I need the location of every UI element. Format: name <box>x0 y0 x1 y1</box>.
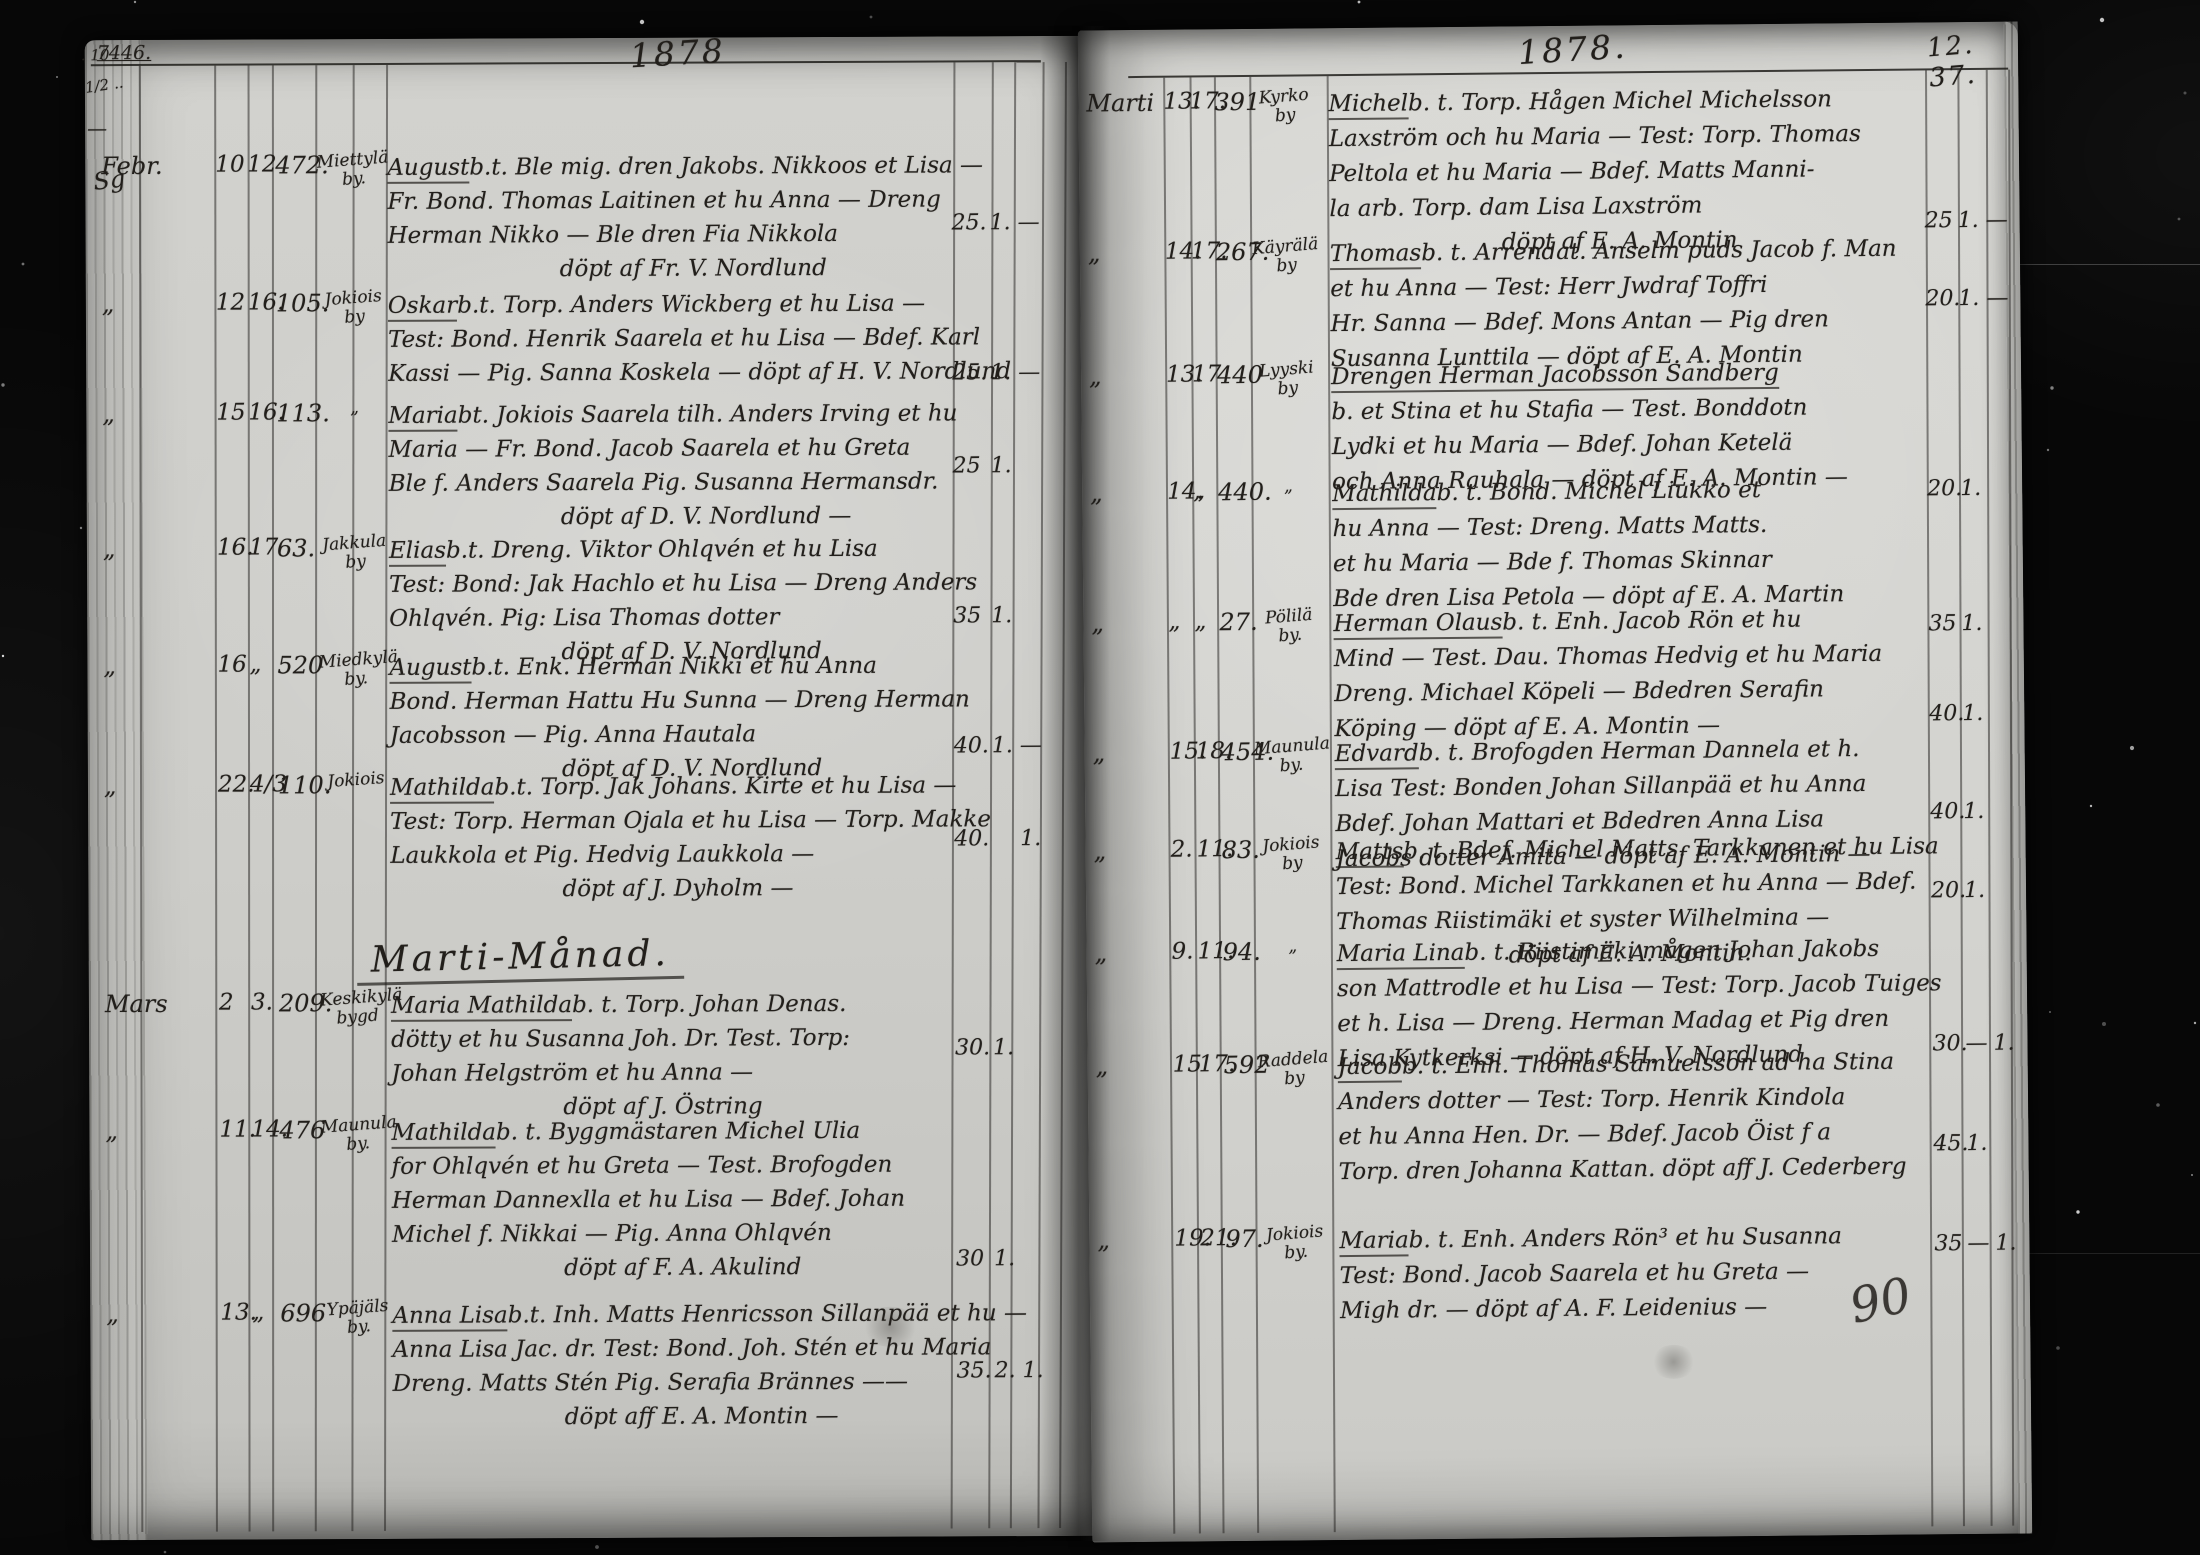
entry-fee3: 1. <box>1993 1031 2014 1056</box>
entry-month: Mars <box>105 990 185 1018</box>
entry-first-line: Augustb.t. Ble mig. dren Jakobs. Nikkoos… <box>387 148 951 184</box>
entry-fee3: 1. <box>1022 1358 1043 1383</box>
entry-fee2: 1. <box>991 453 1012 478</box>
entry-day1: 13. <box>220 1300 252 1326</box>
entry-day1: 2 <box>219 990 251 1016</box>
entry-name: August <box>387 155 469 184</box>
entry-first-line: Maria Mathildab. t. Torp. Johan Denas. <box>391 986 955 1022</box>
entry-first-rest: b.t. Torp. Jak Johans. Kirte et hu Lisa … <box>494 772 956 800</box>
entry-name: Mathilda <box>390 774 495 803</box>
entry-month: Marti <box>1086 89 1158 118</box>
entry-day2: 17. <box>1199 1051 1227 1077</box>
entry-month: „ <box>1093 739 1165 768</box>
entry-number: 110. <box>278 771 324 799</box>
entry-fee1: 25 <box>953 453 981 478</box>
entry-month: „ <box>103 652 183 680</box>
entry-number: 696 <box>280 1299 326 1327</box>
entry-name: Maria Lina <box>1337 940 1465 970</box>
register-entry: „19.21.97.Jokiois by.Mariab. t. Enh. And… <box>1089 1217 2029 1226</box>
entry-day1: 19. <box>1174 1225 1202 1251</box>
entry-day2: „ <box>1193 478 1221 504</box>
corner-small-number: . 10 <box>81 46 110 64</box>
entry-fee2: 1. <box>989 210 1010 235</box>
entry-line: Migh dr. — döpt af A. F. Leidenius — <box>1340 1288 1926 1329</box>
entry-number: 476 <box>279 1116 325 1144</box>
entry-day2: 17. <box>1189 88 1217 114</box>
entry-day2: 21. <box>1200 1225 1228 1251</box>
entry-line: Johan Helgström et hu Anna — <box>391 1054 955 1090</box>
entry-fee1: 35 <box>1928 611 1956 636</box>
entry-line: Fr. Bond. Thomas Laitinen et hu Anna — D… <box>387 182 951 218</box>
entry-fee1: 35 <box>953 603 981 628</box>
entry-text: Mariabt. Jokiois Saarela tilh. Anders Ir… <box>388 396 953 534</box>
column-rules-right <box>1078 22 2018 31</box>
entry-first-rest: b. t. Bond. Michel Liukko et <box>1437 477 1762 506</box>
entry-fee2: 1. <box>993 1035 1014 1060</box>
entry-first-line: Mathildab. t. Byggmästaren Michel Ulia <box>391 1113 955 1149</box>
register-entry: „1516.113.„Mariabt. Jokiois Saarela tilh… <box>86 396 1108 400</box>
entry-first-line: Herman Olausb. t. Enh. Jacob Rön et hu <box>1333 601 1919 642</box>
entry-month: „ <box>1090 479 1162 508</box>
entry-line: Dreng. Michael Köpeli — Bdedren Serafin <box>1334 671 1920 712</box>
entry-day1: 15 <box>1173 1051 1201 1077</box>
entry-day1: 13. <box>1166 361 1194 387</box>
header-rule <box>1128 68 2008 78</box>
entry-day1: 14. <box>1167 478 1195 504</box>
entry-name: Maria Mathilda <box>391 992 572 1022</box>
entry-fee1: 45. <box>1933 1131 1968 1156</box>
entry-number: 520 <box>277 651 323 679</box>
column-rule <box>214 66 218 1532</box>
entry-day2: 17. <box>1191 238 1219 264</box>
entry-fee2: 1. <box>994 1246 1015 1271</box>
column-rule <box>1249 77 1259 1533</box>
entry-first-rest: b. t. Torp. Hågen Michel Michelsson <box>1408 86 1832 116</box>
entry-village: Pölilä by. <box>1252 605 1327 649</box>
entry-fee2: 1. <box>1958 286 1979 311</box>
entry-fee2: 1. <box>1960 476 1981 501</box>
entry-month: „ <box>1088 239 1160 268</box>
entry-line: Anna Lisa Jac. dr. Test: Bond. Joh. Stén… <box>392 1330 956 1366</box>
entry-baptised-by-line: döpt af J. Dyholm — <box>390 870 954 906</box>
entry-line: Kassi — Pig. Sanna Koskela — döpt af H. … <box>388 354 952 390</box>
entry-line: Test: Bond. Michel Tarkkanen et hu Anna … <box>1336 864 1922 905</box>
column-rule <box>1059 62 1067 1528</box>
entry-fee1: 40. <box>954 826 989 851</box>
entry-line: Test: Bond: Jak Hachlo et hu Lisa — Dren… <box>389 565 953 601</box>
entry-village: Maunula by. <box>320 1113 395 1156</box>
entry-name: Jacob <box>1338 1053 1403 1083</box>
entry-month: „ <box>1096 1052 1168 1081</box>
entry-month: „ <box>1089 362 1161 391</box>
entry-fee1: 25 <box>1925 208 1953 233</box>
entry-name: Mathilda <box>391 1119 496 1148</box>
entry-first-rest: b. t. Bdef. Michel Matts. Tarkkanen et h… <box>1403 833 1939 864</box>
entry-day1: 14. <box>1165 238 1193 264</box>
entry-name: Michel <box>1328 90 1408 120</box>
entry-line: Lydki et hu Maria — Bdef. Johan Ketelä <box>1332 425 1918 466</box>
entry-fee3: 1. <box>1995 1231 2016 1256</box>
entry-village: Jokiois <box>319 768 392 792</box>
entry-month: „ <box>1097 1226 1169 1255</box>
entry-text: Anna Lisab.t. Inh. Matts Henricsson Sill… <box>392 1296 957 1434</box>
entry-village: Jakkula by <box>318 531 393 574</box>
entry-fee1: 40. <box>1929 701 1964 726</box>
entry-village: Ypäjäls by. <box>321 1296 396 1339</box>
entry-fee1: 30. <box>1932 1031 1967 1056</box>
entry-fee3: 1. <box>1020 826 1041 851</box>
entry-day1: 13. <box>1163 88 1191 114</box>
entry-first-line: Jacobb. t. Enh. Thomas Samuelsson ad ha … <box>1338 1044 1924 1085</box>
entry-fee2: 1. <box>992 733 1013 758</box>
entry-line: dötty et hu Susanna Joh. Dr. Test. Torp: <box>391 1020 955 1056</box>
entry-day1: 12 <box>216 290 248 316</box>
entry-day2: 17 <box>1192 361 1220 387</box>
entry-day2: 18. <box>1196 738 1224 764</box>
entry-text: Maria Mathildab. t. Torp. Johan Denas.dö… <box>391 986 956 1124</box>
entry-number: 105. <box>276 289 322 317</box>
entry-line: et hu Anna Hen. Dr. — Bdef. Jacob Öist f… <box>1338 1114 1924 1155</box>
entry-fee2: 1. <box>1958 208 1979 233</box>
register-entry: „13.„696Ypäjäls by.Anna Lisab.t. Inh. Ma… <box>90 1296 1112 1300</box>
entry-first-rest: b.t. Ble mig. dren Jakobs. Nikkoos et Li… <box>469 152 983 180</box>
entry-village: Raddela by <box>1256 1048 1331 1092</box>
entry-village: Jokiois by <box>317 286 392 329</box>
entry-first-line: Mathildab. t. Bond. Michel Liukko et <box>1332 472 1918 513</box>
entry-number: 472. <box>275 151 321 179</box>
photo-background: 7446. . 10 1/2 .. — Sg 1878 Marti-Månad.… <box>0 0 2200 1555</box>
entry-day1: 15 <box>216 400 248 426</box>
column-rule <box>1214 77 1225 1533</box>
entry-first-line: Mattsb. t. Bdef. Michel Matts. Tarkkanen… <box>1335 829 1921 870</box>
entry-name: Thomas <box>1330 240 1422 270</box>
entry-line: Laukkola et Pig. Hedvig Laukkola — <box>390 836 954 872</box>
entry-first-line: Thomasb. t. Arrendat. Anselm puds Jacob … <box>1330 232 1916 273</box>
entry-fee1: 40. <box>1930 799 1965 824</box>
column-rule <box>1190 77 1201 1533</box>
entry-first-rest: b. t. Riistimäki mågen Johan Jakobs <box>1464 936 1879 966</box>
entry-text: Jacobb. t. Enh. Thomas Samuelsson ad ha … <box>1338 1044 1925 1190</box>
column-rule <box>1037 62 1044 1528</box>
entry-name: Mathilda <box>1332 480 1437 510</box>
entry-text: Oskarb.t. Torp. Anders Wickberg et hu Li… <box>388 286 952 390</box>
entry-text: Mariab. t. Enh. Anders Rön³ et hu Susann… <box>1339 1218 1926 1329</box>
entry-fee3: — <box>1986 286 2008 311</box>
entry-first-rest: b.t. Torp. Anders Wickberg et hu Lisa — <box>457 291 925 319</box>
entry-name: Matts <box>1336 838 1404 868</box>
entry-month: „ <box>1094 837 1166 866</box>
entry-village: Miedkylä by. <box>318 648 393 691</box>
entry-first-rest: b. t. Enh. Anders Rön³ et hu Susanna <box>1409 1223 1842 1253</box>
entry-line: Herman Dannexlla et hu Lisa — Bdef. Joha… <box>392 1181 956 1217</box>
entry-village: Miettylä by. <box>316 148 391 191</box>
entry-line: Hr. Sanna — Bdef. Mons Antan — Pig dren <box>1330 302 1916 343</box>
entry-first-rest: b. t. Brofogden Herman Dannela et h. <box>1419 736 1860 766</box>
entry-name: Maria <box>1339 1227 1409 1257</box>
entry-fee2: 1. <box>1966 1131 1987 1156</box>
entry-line: Mind — Test. Dau. Thomas Hedvig et hu Ma… <box>1334 636 1920 677</box>
entry-first-line: Mariab. t. Enh. Anders Rön³ et hu Susann… <box>1339 1218 1925 1259</box>
entry-line: Torp. dren Johanna Kattan. döpt aff J. C… <box>1339 1149 1925 1190</box>
entry-line: Anders dotter — Test: Torp. Henrik Kindo… <box>1338 1079 1924 1120</box>
entry-line: et hu Maria — Bde f. Thomas Skinnar <box>1333 541 1919 582</box>
entry-fee1: 35. <box>956 1358 991 1383</box>
column-rules-left <box>85 36 1107 40</box>
folio-number: 12. 37. <box>1926 26 2020 93</box>
entry-fee1: 30 <box>956 1246 984 1271</box>
entry-fee2: 2. <box>994 1358 1015 1383</box>
entry-line: Test: Torp. Herman Ojala et hu Lisa — To… <box>390 802 954 838</box>
entry-name: August <box>389 655 471 684</box>
margin-dash: — <box>87 116 107 140</box>
entry-fee3: — <box>1020 733 1042 758</box>
entry-name: Oskar <box>388 293 457 322</box>
entry-line: Test: Bond. Henrik Saarela et hu Lisa — … <box>388 320 952 356</box>
entry-number: 209. <box>279 989 325 1017</box>
entry-name: Drengen Herman Jacobsson Sandberg <box>1331 360 1779 393</box>
entry-line: Bond. Herman Hattu Hu Sunna — Dreng Herm… <box>390 682 954 718</box>
entry-name: Herman Olaus <box>1333 609 1502 640</box>
entry-text: Mathildab.t. Torp. Jak Johans. Kirte et … <box>390 768 955 906</box>
entry-first-line: Oskarb.t. Torp. Anders Wickberg et hu Li… <box>388 286 952 322</box>
register-entry: Mars23.209.Keskikylä bygdMaria Mathildab… <box>89 986 1111 990</box>
entry-fee1: 20. <box>1925 286 1960 311</box>
header-rule <box>91 60 1041 66</box>
entry-first-rest: b.t. Dreng. Viktor Ohlqvén et hu Lisa <box>446 536 878 564</box>
entry-fee2: — <box>1965 1031 1987 1056</box>
entry-day1: 16 <box>217 652 249 678</box>
entry-village: Kyrko by <box>1247 85 1322 129</box>
entry-month: „ <box>105 1117 185 1145</box>
entry-line: for Ohlqvén et hu Greta — Test. Brofogde… <box>392 1147 956 1183</box>
entry-line: Test: Bond. Jacob Saarela et hu Greta — <box>1340 1253 1926 1294</box>
entry-day1: 22. <box>218 772 250 798</box>
entry-village: Lyyski by <box>1250 358 1325 402</box>
entry-number: 94. <box>1222 938 1260 966</box>
entry-line: Dreng. Matts Stén Pig. Serafia Brännes —… <box>393 1364 957 1400</box>
entry-village: „ <box>318 396 391 420</box>
entry-fee1: 20. <box>1927 476 1962 501</box>
entry-name: Anna Lisa <box>392 1302 508 1332</box>
entry-day1: „ <box>1168 608 1196 634</box>
entry-line: Lisa Test: Bonden Johan Sillanpää et hu … <box>1335 766 1921 807</box>
entry-fee2: 1. <box>1963 799 1984 824</box>
ink-smudge <box>1650 1345 1696 1379</box>
entry-first-line: Eliasb.t. Dreng. Viktor Ohlqvén et hu Li… <box>389 531 953 567</box>
entry-fee1: 20. <box>1931 878 1966 903</box>
entry-fee2: 1. <box>990 360 1011 385</box>
section-heading: Marti-Månad. <box>356 933 684 986</box>
entry-text: Augustb.t. Ble mig. dren Jakobs. Nikkoos… <box>387 148 952 286</box>
entry-fee1: 25. <box>952 360 987 385</box>
entry-day1: 16. <box>217 535 249 561</box>
dust-speckles <box>0 0 2 2</box>
entry-line: son Mattrodle et hu Lisa — Test: Torp. J… <box>1337 966 1923 1007</box>
entry-baptised-by-line: döpt af Fr. V. Nordlund <box>388 250 952 286</box>
register-right-page: 1878. 12. 37. 90 Marti13.17.391Kyrko byM… <box>1078 22 2032 1543</box>
entry-first-rest: b. t. Byggmästaren Michel Ulia <box>496 1118 860 1146</box>
entry-first-rest: b. t. Enh. Thomas Samuelsson ad ha Stina <box>1402 1049 1894 1080</box>
entry-line: Laxström och hu Maria — Test: Torp. Thom… <box>1329 117 1915 158</box>
entry-village: Jokiois by <box>1254 833 1329 877</box>
entry-baptised-by-line: döpt aff E. A. Montin — <box>393 1398 957 1434</box>
entry-line: Peltola et hu Maria — Bdef. Matts Manni- <box>1329 152 1915 193</box>
entry-line: Ohlqvén. Pig: Lisa Thomas dotter <box>389 599 953 635</box>
entry-day2: 11. <box>1197 938 1225 964</box>
entry-line: Michel f. Nikkai — Pig. Anna Ohlqvén <box>392 1215 956 1251</box>
entry-fee2: 1. <box>1961 611 1982 636</box>
entry-fee1: 40. <box>954 733 989 758</box>
entry-village: Käyrälä by <box>1249 235 1324 279</box>
entry-line: et h. Lisa — Dreng. Herman Madag et Pig … <box>1337 1001 1923 1042</box>
entry-fee3: — <box>1017 210 1039 235</box>
entry-line: hu Anna — Test: Dreng. Matts Matts. <box>1332 506 1918 547</box>
entry-line: Maria — Fr. Bond. Jacob Saarela et hu Gr… <box>388 430 952 466</box>
entry-day1: 15. <box>1170 738 1198 764</box>
entry-first-rest: b.t. Inh. Matts Henricsson Sillanpää et … <box>508 1300 1027 1328</box>
entry-village: Keskikylä bygd <box>320 986 395 1029</box>
entry-text: Mathildab. t. Byggmästaren Michel Uliafo… <box>391 1113 956 1285</box>
entry-month: „ <box>104 772 184 800</box>
entry-fee3: — <box>1986 208 2008 233</box>
entry-line: Ble f. Anders Saarela Pig. Susanna Herma… <box>389 464 953 500</box>
register-entry: Marti13.17.391Kyrko byMichelb. t. Torp. … <box>1078 81 2018 90</box>
entry-first-line: Anna Lisab.t. Inh. Matts Henricsson Sill… <box>392 1296 956 1332</box>
entry-line: Jacobsson — Pig. Anna Hautala <box>390 716 954 752</box>
entry-number: 63. <box>277 534 323 562</box>
entry-first-rest: bt. Jokiois Saarela tilh. Anders Irving … <box>458 400 958 428</box>
entry-first-line: Mathildab.t. Torp. Jak Johans. Kirte et … <box>390 768 954 804</box>
entry-day2: „ <box>1194 608 1222 634</box>
entry-first-line: Maria Linab. t. Riistimäki mågen Johan J… <box>1336 931 1922 972</box>
entry-fee1: 30. <box>955 1035 990 1060</box>
column-rule <box>1163 78 1175 1534</box>
entry-line: la arb. Torp. dam Lisa Laxström <box>1329 187 1915 228</box>
entry-month: „ <box>1094 939 1166 968</box>
entry-month: „ <box>102 290 182 318</box>
entry-month: „ <box>1091 609 1163 638</box>
entry-fee2: 1. <box>1964 878 1985 903</box>
year-heading-right: 1878. <box>1517 26 1629 72</box>
entries-left: Febr.1012472.Miettylä by.Augustb.t. Ble … <box>85 36 1107 40</box>
entry-number: 113. <box>276 399 322 427</box>
entry-line: et hu Anna — Test: Herr Jwdraf Toffri <box>1330 267 1916 308</box>
entries-right: Marti13.17.391Kyrko byMichelb. t. Torp. … <box>1078 22 2018 31</box>
entry-first-line: Mariabt. Jokiois Saarela tilh. Anders Ir… <box>388 396 952 432</box>
entry-first-rest: b. t. Enh. Jacob Rön et hu <box>1502 607 1801 636</box>
entry-day1: 2. <box>1171 836 1199 862</box>
entry-first-line: Michelb. t. Torp. Hågen Michel Michelsso… <box>1328 82 1914 123</box>
entry-baptised-by-line: döpt af D. V. Nordlund — <box>389 498 953 534</box>
entry-village: „ <box>1256 935 1329 960</box>
entry-village: Jokiois by. <box>1258 1222 1333 1266</box>
entry-fee3: — <box>1018 360 1040 385</box>
entry-name: Edvard <box>1335 740 1419 770</box>
entry-day1: 9. <box>1171 938 1199 964</box>
entry-first-line: Edvardb. t. Brofogden Herman Dannela et … <box>1335 731 1921 772</box>
entry-day1: 10 <box>215 152 247 178</box>
entry-fee2: — <box>1967 1231 1989 1256</box>
entry-first-rest: b. t. Arrendat. Anselm puds Jacob f. Man <box>1421 236 1897 267</box>
entry-line: b. et Stina et hu Stafia — Test. Bonddot… <box>1331 390 1917 431</box>
year-heading-left: 1878 <box>629 31 727 75</box>
entry-text: Herman Olausb. t. Enh. Jacob Rön et huMi… <box>1333 601 1920 747</box>
register-left-page: 7446. . 10 1/2 .. — Sg 1878 Marti-Månad.… <box>85 36 1114 1540</box>
entry-month: „ <box>103 535 183 563</box>
entry-day1: 11. <box>219 1117 251 1143</box>
entry-text: Augustb.t. Enk. Herman Nikki et hu AnnaB… <box>389 648 954 786</box>
entry-month: Febr. <box>101 152 181 180</box>
entry-name: Elias <box>389 538 446 567</box>
entry-name: Maria <box>388 403 457 432</box>
entry-fee1: 35 <box>1934 1231 1962 1256</box>
entry-fee2: 1. <box>1962 701 1983 726</box>
entry-number: 440. <box>1218 478 1256 506</box>
entry-first-rest: b. t. Torp. Johan Denas. <box>572 991 846 1018</box>
entry-first-line: Augustb.t. Enk. Herman Nikki et hu Anna <box>389 648 953 684</box>
entry-line: Herman Nikko — Ble dren Fia Nikkola <box>388 216 952 252</box>
entry-month: „ <box>102 400 182 428</box>
entry-day2: 11. <box>1197 836 1225 862</box>
entry-village: Maunula by. <box>1253 735 1328 779</box>
entry-text: Mathildab. t. Bond. Michel Liukko ethu A… <box>1332 472 1919 618</box>
entry-month: „ <box>106 1300 186 1328</box>
entry-fee1: 25. <box>951 210 986 235</box>
entry-baptised-by-line: döpt af F. A. Akulind <box>392 1249 956 1285</box>
entry-first-line: Drengen Herman Jacobsson Sandberg <box>1331 355 1917 396</box>
entry-first-rest: b.t. Enk. Herman Nikki et hu Anna <box>471 653 877 681</box>
entry-fee2: 1. <box>991 603 1012 628</box>
